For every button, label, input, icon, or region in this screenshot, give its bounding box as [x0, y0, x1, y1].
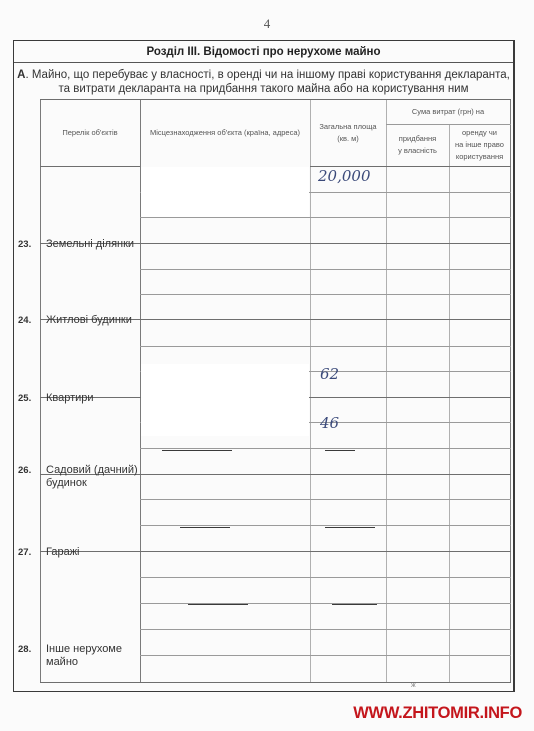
redacted-address-23 [141, 167, 309, 217]
declaration-section-frame: Розділ III. Відомості про нерухоме майно… [13, 40, 515, 692]
sub-row-divider [140, 217, 511, 218]
subtitle-line-2: та витрати декларанта на придбання таког… [14, 82, 513, 96]
header-area: Загальна площа (кв. м) [310, 99, 386, 166]
header-area-line-1: Загальна площа [319, 121, 376, 133]
sub-row-divider [140, 655, 511, 656]
row-label-houses: Житлові будинки [46, 314, 146, 327]
row-number-26: 26. [18, 465, 40, 476]
sub-row-divider [140, 577, 511, 578]
section-subtitle: А. Майно, що перебуває у власності, в ор… [14, 68, 513, 96]
row-label-other-line-2: майно [46, 656, 146, 669]
row-number-28: 28. [18, 644, 40, 655]
header-rent-line-1: оренду чи [462, 127, 497, 139]
redacted-address-25 [141, 364, 309, 436]
sub-row-divider [140, 499, 511, 500]
location-dash-26 [162, 450, 232, 451]
page-number: 4 [0, 16, 534, 32]
header-location: Місцезнаходження об'єкта (країна, адреса… [140, 99, 310, 166]
sub-row-divider [140, 269, 511, 270]
section-divider [40, 682, 511, 683]
col-line-right [510, 99, 511, 682]
row-label-summer-house: Садовий (дачний) будинок [46, 464, 146, 490]
header-rent: оренду чи на інше право користування [449, 124, 510, 166]
site-watermark: WWW.ZHITOMIR.INFO [353, 704, 522, 723]
row-label-apartments: Квартири [46, 392, 146, 405]
location-dash-27 [180, 527, 230, 528]
sub-row-divider [140, 629, 511, 630]
header-rent-line-3: користування [456, 151, 503, 163]
area-value-25-b: 46 [320, 414, 339, 432]
sub-row-divider [140, 294, 511, 295]
area-dash-27 [325, 527, 375, 528]
header-purchase-line-2: у власність [398, 145, 437, 157]
real-estate-table: Перелік об'єктів Місцезнаходження об'єкт… [40, 99, 510, 682]
area-value-23: 20,000 [318, 167, 371, 185]
sub-row-divider [140, 346, 511, 347]
header-area-line-2: (кв. м) [337, 133, 359, 145]
row-label-other: Інше нерухоме майно [46, 643, 146, 669]
col-line-purchase [449, 124, 450, 682]
header-objects: Перелік об'єктів [40, 99, 140, 166]
section-title: Розділ III. Відомості про нерухоме майно [14, 41, 513, 63]
row-number-23: 23. [18, 239, 40, 250]
row-number-25: 25. [18, 393, 40, 404]
location-dash-28 [188, 604, 248, 605]
col-line-left [40, 99, 41, 682]
sub-row-divider [140, 525, 511, 526]
area-value-25-a: 62 [320, 365, 339, 383]
header-rent-line-2: на інше право [455, 139, 504, 151]
area-dash-26 [325, 450, 355, 451]
col-line-location [310, 99, 311, 682]
row-label-other-line-1: Інше нерухоме [46, 643, 146, 656]
scan-artifact: ж [411, 682, 416, 689]
row-label-land: Земельні ділянки [46, 238, 146, 251]
subtitle-line-1: . Майно, що перебуває у власності, в оре… [25, 69, 509, 81]
header-bottom-line-left [40, 166, 140, 167]
col-line-area [386, 99, 387, 682]
row-number-27: 27. [18, 547, 40, 558]
header-purchase-line-1: придбання [399, 133, 436, 145]
row-label-summer-house-line-2: будинок [46, 477, 146, 490]
row-label-garages: Гаражі [46, 546, 146, 559]
header-purchase: придбання у власність [386, 124, 449, 166]
row-label-summer-house-line-1: Садовий (дачний) [46, 464, 146, 477]
header-expenses: Сума витрат (грн) на [386, 99, 510, 124]
sub-row-divider [140, 448, 511, 449]
row-number-24: 24. [18, 315, 40, 326]
area-dash-28 [332, 604, 377, 605]
